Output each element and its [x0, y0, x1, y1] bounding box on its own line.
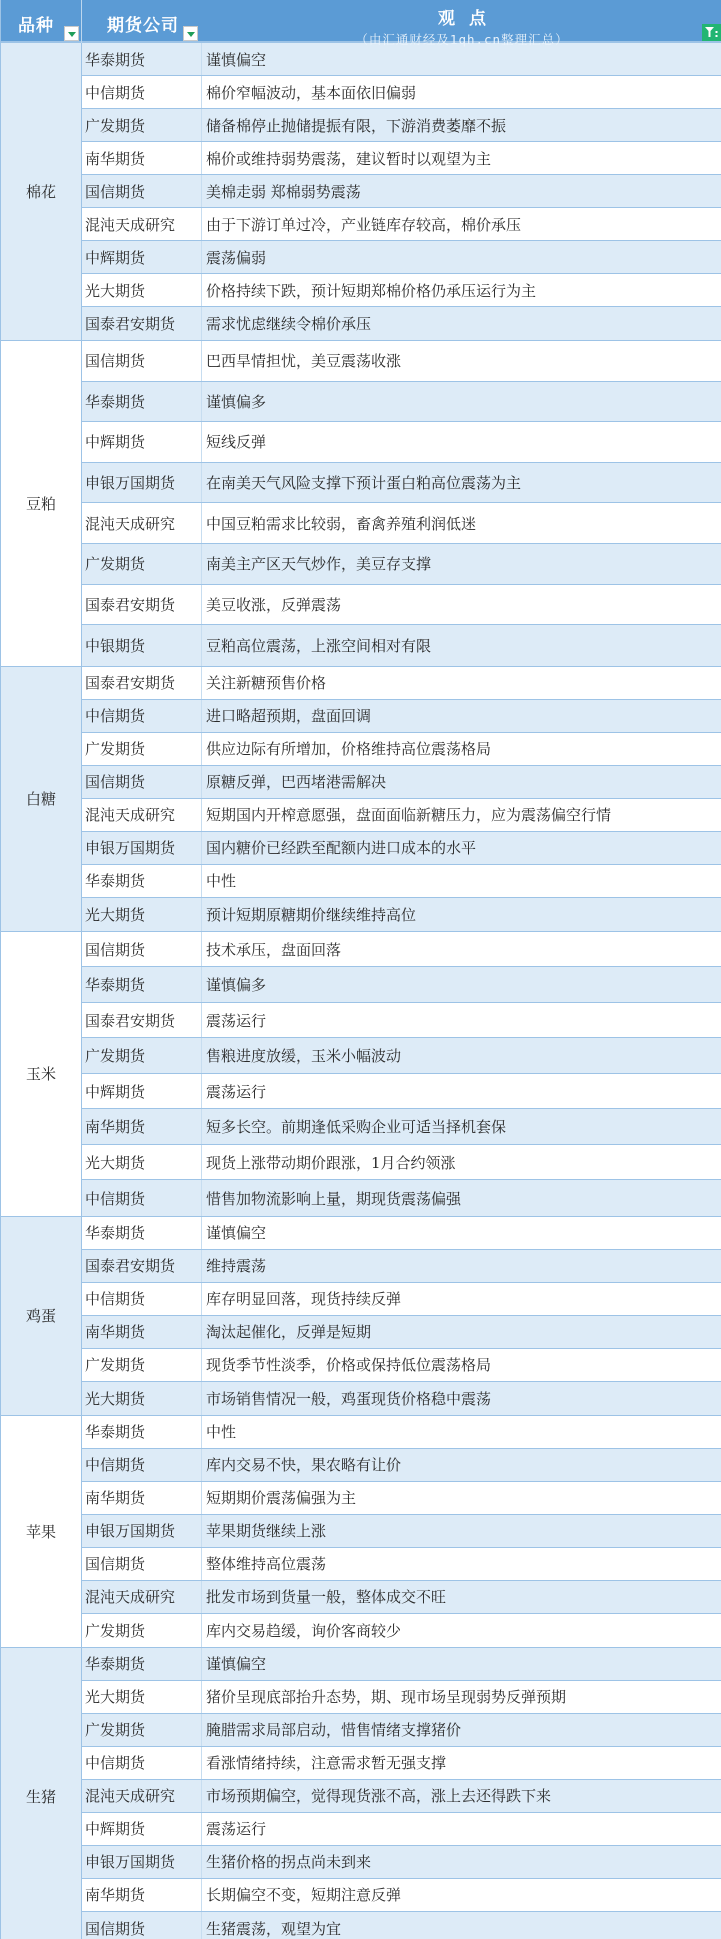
variety-cell[interactable]: 棉花 [1, 43, 82, 340]
company-cell[interactable]: 南华期货 [82, 1109, 202, 1144]
view-cell[interactable]: 预计短期原糖期价继续维持高位 [202, 898, 721, 931]
view-cell[interactable]: 短多长空。前期逢低采购企业可适当择机套保 [202, 1109, 721, 1144]
view-cell[interactable]: 库存明显回落，现货持续反弹 [202, 1283, 721, 1315]
view-cell[interactable]: 短线反弹 [202, 422, 721, 462]
view-cell[interactable]: 震荡运行 [202, 1813, 721, 1845]
view-cell[interactable]: 短期期价震荡偏强为主 [202, 1482, 721, 1514]
company-cell[interactable]: 华泰期货 [82, 43, 202, 75]
company-cell[interactable]: 广发期货 [82, 544, 202, 584]
company-cell[interactable]: 广发期货 [82, 1714, 202, 1746]
view-cell[interactable]: 库内交易趋缓，询价客商较少 [202, 1614, 721, 1647]
table-row[interactable]: 中信期货库存明显回落，现货持续反弹 [82, 1283, 721, 1316]
view-cell[interactable]: 南美主产区天气炒作，美豆存支撑 [202, 544, 721, 584]
company-cell[interactable]: 中信期货 [82, 1180, 202, 1216]
table-row[interactable]: 申银万国期货在南美天气风险支撑下预计蛋白粕高位震荡为主 [82, 463, 721, 504]
company-cell[interactable]: 广发期货 [82, 1038, 202, 1073]
table-row[interactable]: 华泰期货谨慎偏空 [82, 1648, 721, 1681]
company-cell[interactable]: 混沌天成研究 [82, 1780, 202, 1812]
table-row[interactable]: 中信期货库内交易不快，果农略有让价 [82, 1449, 721, 1482]
column-header-view: 观点 （由汇通财经及1qh.cn整理汇总） [202, 0, 721, 43]
view-cell[interactable]: 震荡偏弱 [202, 241, 721, 273]
view-cell[interactable]: 生猪震荡，观望为宜 [202, 1912, 721, 1939]
view-cell[interactable]: 棉价窄幅波动，基本面依旧偏弱 [202, 76, 721, 108]
table-row[interactable]: 南华期货短多长空。前期逢低采购企业可适当择机套保 [82, 1109, 721, 1145]
company-cell[interactable]: 华泰期货 [82, 1217, 202, 1249]
table-row[interactable]: 国泰君安期货维持震荡 [82, 1250, 721, 1283]
company-cell[interactable]: 广发期货 [82, 733, 202, 765]
table-row[interactable]: 华泰期货谨慎偏多 [82, 967, 721, 1003]
company-cell[interactable]: 南华期货 [82, 142, 202, 174]
table-row[interactable]: 光大期货预计短期原糖期价继续维持高位 [82, 898, 721, 931]
table-row[interactable]: 中辉期货震荡运行 [82, 1813, 721, 1846]
variety-cell[interactable]: 白糖 [1, 667, 82, 931]
company-cell[interactable]: 中辉期货 [82, 241, 202, 273]
company-cell[interactable]: 混沌天成研究 [82, 1581, 202, 1613]
company-cell[interactable]: 国泰君安期货 [82, 585, 202, 625]
view-cell[interactable]: 震荡运行 [202, 1074, 721, 1109]
table-row[interactable]: 混沌天成研究批发市场到货量一般，整体成交不旺 [82, 1581, 721, 1614]
view-cell[interactable]: 技术承压，盘面回落 [202, 932, 721, 967]
company-cell[interactable]: 国信期货 [82, 175, 202, 207]
company-cell[interactable]: 申银万国期货 [82, 1846, 202, 1878]
view-cell[interactable]: 需求忧虑继续令棉价承压 [202, 307, 721, 340]
company-cell[interactable]: 光大期货 [82, 1145, 202, 1180]
table-row[interactable]: 中信期货棉价窄幅波动，基本面依旧偏弱 [82, 76, 721, 109]
view-cell[interactable]: 原糖反弹，巴西堵港需解决 [202, 766, 721, 798]
view-cell[interactable]: 巴西旱情担忧，美豆震荡收涨 [202, 341, 721, 381]
company-cell[interactable]: 南华期货 [82, 1316, 202, 1348]
company-cell[interactable]: 南华期货 [82, 1879, 202, 1911]
view-cell[interactable]: 价格持续下跌，预计短期郑棉价格仍承压运行为主 [202, 274, 721, 306]
table-row[interactable]: 广发期货售粮进度放缓，玉米小幅波动 [82, 1038, 721, 1074]
filter-icon[interactable] [702, 24, 721, 41]
table-row[interactable]: 中银期货豆粕高位震荡，上涨空间相对有限 [82, 625, 721, 666]
table-row[interactable]: 华泰期货谨慎偏多 [82, 382, 721, 423]
company-cell[interactable]: 华泰期货 [82, 382, 202, 422]
variety-cell[interactable]: 鸡蛋 [1, 1217, 82, 1415]
table-row[interactable]: 南华期货淘汰起催化，反弹是短期 [82, 1316, 721, 1349]
company-cell[interactable]: 广发期货 [82, 1614, 202, 1647]
company-cell[interactable]: 中信期货 [82, 1449, 202, 1481]
table-row[interactable]: 国信期货生猪震荡，观望为宜 [82, 1912, 721, 1939]
company-cell[interactable]: 中信期货 [82, 1283, 202, 1315]
table-row[interactable]: 华泰期货中性 [82, 865, 721, 898]
table-row[interactable]: 中辉期货震荡偏弱 [82, 241, 721, 274]
company-cell[interactable]: 混沌天成研究 [82, 799, 202, 831]
company-cell[interactable]: 华泰期货 [82, 967, 202, 1002]
variety-rows: 国信期货巴西旱情担忧，美豆震荡收涨华泰期货谨慎偏多中辉期货短线反弹申银万国期货在… [82, 341, 721, 666]
table-row[interactable]: 国泰君安期货震荡运行 [82, 1003, 721, 1039]
view-cell[interactable]: 苹果期货继续上涨 [202, 1515, 721, 1547]
table-row[interactable]: 广发期货储备棉停止抛储提振有限，下游消费萎靡不振 [82, 109, 721, 142]
view-cell[interactable]: 国内糖价已经跌至配额内进口成本的水平 [202, 832, 721, 864]
company-cell[interactable]: 国信期货 [82, 932, 202, 967]
company-cell[interactable]: 光大期货 [82, 274, 202, 306]
variety-group: 生猪华泰期货谨慎偏空光大期货猪价呈现底部抬升态势，期、现市场呈现弱势反弹预期广发… [1, 1648, 721, 1939]
variety-rows: 国泰君安期货关注新糖预售价格中信期货进口略超预期，盘面回调广发期货供应边际有所增… [82, 667, 721, 931]
view-cell[interactable]: 谨慎偏空 [202, 1648, 721, 1680]
company-cell[interactable]: 广发期货 [82, 109, 202, 141]
view-cell[interactable]: 进口略超预期，盘面回调 [202, 700, 721, 732]
view-cell[interactable]: 腌腊需求局部启动，惜售情绪支撑猪价 [202, 1714, 721, 1746]
column-header-company: 期货公司 [82, 0, 202, 43]
variety-group: 棉花华泰期货谨慎偏空中信期货棉价窄幅波动，基本面依旧偏弱广发期货储备棉停止抛储提… [1, 43, 721, 341]
view-cell[interactable]: 短期国内开榨意愿强，盘面面临新糖压力，应为震荡偏空行情 [202, 799, 721, 831]
variety-cell[interactable]: 苹果 [1, 1416, 82, 1647]
view-cell[interactable]: 供应边际有所增加，价格维持高位震荡格局 [202, 733, 721, 765]
view-cell[interactable]: 市场销售情况一般，鸡蛋现货价格稳中震荡 [202, 1382, 721, 1415]
view-cell[interactable]: 长期偏空不变，短期注意反弹 [202, 1879, 721, 1911]
table-row[interactable]: 光大期货猪价呈现底部抬升态势，期、现市场呈现弱势反弹预期 [82, 1681, 721, 1714]
company-cell[interactable]: 光大期货 [82, 1382, 202, 1415]
view-cell[interactable]: 谨慎偏多 [202, 382, 721, 422]
table-row[interactable]: 中信期货看涨情绪持续，注意需求暂无强支撑 [82, 1747, 721, 1780]
table-row[interactable]: 国信期货技术承压，盘面回落 [82, 932, 721, 968]
company-cell[interactable]: 光大期货 [82, 1681, 202, 1713]
view-cell[interactable]: 中国豆粕需求比较弱，畜禽养殖利润低迷 [202, 503, 721, 543]
table-row[interactable]: 国信期货整体维持高位震荡 [82, 1548, 721, 1581]
table-row[interactable]: 申银万国期货苹果期货继续上涨 [82, 1515, 721, 1548]
table-row[interactable]: 混沌天成研究短期国内开榨意愿强，盘面面临新糖压力，应为震荡偏空行情 [82, 799, 721, 832]
variety-group: 玉米国信期货技术承压，盘面回落华泰期货谨慎偏多国泰君安期货震荡运行广发期货售粮进… [1, 932, 721, 1217]
table-row[interactable]: 华泰期货中性 [82, 1416, 721, 1449]
view-cell[interactable]: 中性 [202, 1416, 721, 1448]
view-cell[interactable]: 现货季节性淡季，价格或保持低位震荡格局 [202, 1349, 721, 1381]
view-cell[interactable]: 谨慎偏空 [202, 1217, 721, 1249]
view-cell[interactable]: 关注新糖预售价格 [202, 667, 721, 699]
company-cell[interactable]: 国泰君安期货 [82, 307, 202, 340]
variety-rows: 国信期货技术承压，盘面回落华泰期货谨慎偏多国泰君安期货震荡运行广发期货售粮进度放… [82, 932, 721, 1216]
view-cell[interactable]: 储备棉停止抛储提振有限，下游消费萎靡不振 [202, 109, 721, 141]
company-cell[interactable]: 国泰君安期货 [82, 1003, 202, 1038]
company-cell[interactable]: 中银期货 [82, 625, 202, 666]
company-cell[interactable]: 中信期货 [82, 1747, 202, 1779]
variety-group: 白糖国泰君安期货关注新糖预售价格中信期货进口略超预期，盘面回调广发期货供应边际有… [1, 667, 721, 932]
view-cell[interactable]: 美豆收涨，反弹震荡 [202, 585, 721, 625]
variety-filter-dropdown-icon[interactable] [64, 26, 79, 41]
view-cell[interactable]: 整体维持高位震荡 [202, 1548, 721, 1580]
view-cell[interactable]: 由于下游订单过冷，产业链库存较高，棉价承压 [202, 208, 721, 240]
table-row[interactable]: 华泰期货谨慎偏空 [82, 1217, 721, 1250]
variety-rows: 华泰期货谨慎偏空中信期货棉价窄幅波动，基本面依旧偏弱广发期货储备棉停止抛储提振有… [82, 43, 721, 340]
table-row[interactable]: 中信期货惜售加物流影响上量，期现货震荡偏强 [82, 1180, 721, 1216]
company-cell[interactable]: 国信期货 [82, 766, 202, 798]
view-cell[interactable]: 淘汰起催化，反弹是短期 [202, 1316, 721, 1348]
table-row[interactable]: 光大期货现货上涨带动期价跟涨，1月合约领涨 [82, 1145, 721, 1181]
company-cell[interactable]: 中辉期货 [82, 1074, 202, 1109]
variety-rows: 华泰期货谨慎偏空国泰君安期货维持震荡中信期货库存明显回落，现货持续反弹南华期货淘… [82, 1217, 721, 1415]
company-cell[interactable]: 华泰期货 [82, 865, 202, 897]
table-row[interactable]: 光大期货市场销售情况一般，鸡蛋现货价格稳中震荡 [82, 1382, 721, 1415]
company-cell[interactable]: 广发期货 [82, 1349, 202, 1381]
view-cell[interactable]: 猪价呈现底部抬升态势，期、现市场呈现弱势反弹预期 [202, 1681, 721, 1713]
company-cell[interactable]: 国信期货 [82, 1912, 202, 1939]
company-filter-dropdown-icon[interactable] [183, 26, 198, 41]
variety-group: 鸡蛋华泰期货谨慎偏空国泰君安期货维持震荡中信期货库存明显回落，现货持续反弹南华期… [1, 1217, 721, 1416]
table-row[interactable]: 中辉期货震荡运行 [82, 1074, 721, 1110]
company-cell[interactable]: 华泰期货 [82, 1648, 202, 1680]
variety-group: 豆粕国信期货巴西旱情担忧，美豆震荡收涨华泰期货谨慎偏多中辉期货短线反弹申银万国期… [1, 341, 721, 667]
view-cell[interactable]: 维持震荡 [202, 1250, 721, 1282]
view-cell[interactable]: 售粮进度放缓，玉米小幅波动 [202, 1038, 721, 1073]
view-cell[interactable]: 美棉走弱 郑棉弱势震荡 [202, 175, 721, 207]
view-cell[interactable]: 在南美天气风险支撑下预计蛋白粕高位震荡为主 [202, 463, 721, 503]
table-row[interactable]: 申银万国期货国内糖价已经跌至配额内进口成本的水平 [82, 832, 721, 865]
variety-cell[interactable]: 豆粕 [1, 341, 82, 666]
company-cell[interactable]: 中信期货 [82, 76, 202, 108]
variety-cell[interactable]: 玉米 [1, 932, 82, 1216]
table-row[interactable]: 国泰君安期货需求忧虑继续令棉价承压 [82, 307, 721, 340]
table-row[interactable]: 混沌天成研究由于下游订单过冷，产业链库存较高，棉价承压 [82, 208, 721, 241]
table-row[interactable]: 广发期货现货季节性淡季，价格或保持低位震荡格局 [82, 1349, 721, 1382]
view-cell[interactable]: 生猪价格的拐点尚未到来 [202, 1846, 721, 1878]
company-cell[interactable]: 国泰君安期货 [82, 667, 202, 699]
view-cell[interactable]: 库内交易不快，果农略有让价 [202, 1449, 721, 1481]
table-row[interactable]: 国泰君安期货关注新糖预售价格 [82, 667, 721, 700]
table-row[interactable]: 广发期货供应边际有所增加，价格维持高位震荡格局 [82, 733, 721, 766]
company-cell[interactable]: 国信期货 [82, 341, 202, 381]
table-body: 棉花华泰期货谨慎偏空中信期货棉价窄幅波动，基本面依旧偏弱广发期货储备棉停止抛储提… [1, 43, 721, 1939]
view-cell[interactable]: 批发市场到货量一般，整体成交不旺 [202, 1581, 721, 1613]
company-cell[interactable]: 华泰期货 [82, 1416, 202, 1448]
table-row[interactable]: 中信期货进口略超预期，盘面回调 [82, 700, 721, 733]
table-row[interactable]: 广发期货腌腊需求局部启动，惜售情绪支撑猪价 [82, 1714, 721, 1747]
table-row[interactable]: 申银万国期货生猪价格的拐点尚未到来 [82, 1846, 721, 1879]
view-cell[interactable]: 看涨情绪持续，注意需求暂无强支撑 [202, 1747, 721, 1779]
view-cell[interactable]: 豆粕高位震荡，上涨空间相对有限 [202, 625, 721, 666]
company-cell[interactable]: 中辉期货 [82, 422, 202, 462]
view-cell[interactable]: 现货上涨带动期价跟涨，1月合约领涨 [202, 1145, 721, 1180]
variety-group: 苹果华泰期货中性中信期货库内交易不快，果农略有让价南华期货短期期价震荡偏强为主申… [1, 1416, 721, 1648]
variety-rows: 华泰期货谨慎偏空光大期货猪价呈现底部抬升态势，期、现市场呈现弱势反弹预期广发期货… [82, 1648, 721, 1939]
variety-rows: 华泰期货中性中信期货库内交易不快，果农略有让价南华期货短期期价震荡偏强为主申银万… [82, 1416, 721, 1647]
table-row[interactable]: 混沌天成研究市场预期偏空，觉得现货涨不高，涨上去还得跌下来 [82, 1780, 721, 1813]
variety-header-label: 品种 [18, 11, 54, 36]
company-cell[interactable]: 光大期货 [82, 898, 202, 931]
view-cell[interactable]: 惜售加物流影响上量，期现货震荡偏强 [202, 1180, 721, 1216]
view-cell[interactable]: 谨慎偏多 [202, 967, 721, 1002]
company-cell[interactable]: 申银万国期货 [82, 463, 202, 503]
view-header-subtitle: （由汇通财经及1qh.cn整理汇总） [202, 30, 721, 48]
company-cell[interactable]: 中辉期货 [82, 1813, 202, 1845]
view-cell[interactable]: 震荡运行 [202, 1003, 721, 1038]
table-header: 品种 期货公司 观点 （由汇通财经及1qh.cn整理汇总） [1, 0, 721, 43]
company-cell[interactable]: 混沌天成研究 [82, 208, 202, 240]
table-row[interactable]: 广发期货南美主产区天气炒作，美豆存支撑 [82, 544, 721, 585]
view-cell[interactable]: 市场预期偏空，觉得现货涨不高，涨上去还得跌下来 [202, 1780, 721, 1812]
table-row[interactable]: 广发期货库内交易趋缓，询价客商较少 [82, 1614, 721, 1647]
view-header-title: 观点 [202, 4, 721, 29]
table-row[interactable]: 中辉期货短线反弹 [82, 422, 721, 463]
company-cell[interactable]: 申银万国期货 [82, 832, 202, 864]
view-cell[interactable]: 棉价或维持弱势震荡，建议暂时以观望为主 [202, 142, 721, 174]
column-header-variety: 品种 [1, 0, 82, 43]
company-cell[interactable]: 国信期货 [82, 1548, 202, 1580]
table-row[interactable]: 南华期货棉价或维持弱势震荡，建议暂时以观望为主 [82, 142, 721, 175]
futures-views-table: 品种 期货公司 观点 （由汇通财经及1qh.cn整理汇总） 棉花华泰期货谨慎偏空… [0, 0, 721, 1939]
view-cell[interactable]: 中性 [202, 865, 721, 897]
company-cell[interactable]: 中信期货 [82, 700, 202, 732]
variety-cell[interactable]: 生猪 [1, 1648, 82, 1939]
table-row[interactable]: 国信期货原糖反弹，巴西堵港需解决 [82, 766, 721, 799]
company-cell[interactable]: 国泰君安期货 [82, 1250, 202, 1282]
table-row[interactable]: 南华期货长期偏空不变，短期注意反弹 [82, 1879, 721, 1912]
company-header-label: 期货公司 [107, 11, 179, 36]
company-cell[interactable]: 南华期货 [82, 1482, 202, 1514]
table-row[interactable]: 国信期货巴西旱情担忧，美豆震荡收涨 [82, 341, 721, 382]
table-row[interactable]: 混沌天成研究中国豆粕需求比较弱，畜禽养殖利润低迷 [82, 503, 721, 544]
table-row[interactable]: 光大期货价格持续下跌，预计短期郑棉价格仍承压运行为主 [82, 274, 721, 307]
table-row[interactable]: 国信期货美棉走弱 郑棉弱势震荡 [82, 175, 721, 208]
table-row[interactable]: 南华期货短期期价震荡偏强为主 [82, 1482, 721, 1515]
table-row[interactable]: 国泰君安期货美豆收涨，反弹震荡 [82, 585, 721, 626]
company-cell[interactable]: 申银万国期货 [82, 1515, 202, 1547]
company-cell[interactable]: 混沌天成研究 [82, 503, 202, 543]
